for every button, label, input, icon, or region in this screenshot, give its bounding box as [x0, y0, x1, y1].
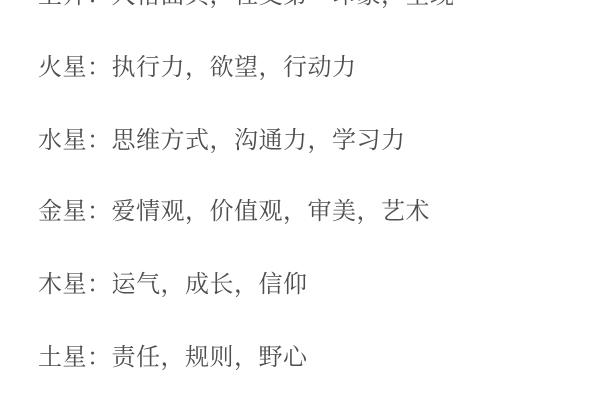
line-jupiter: 木星：运气，成长，信仰	[38, 271, 590, 299]
planet-meanings-page: 上升：人格面具，社交第一印象，呈现 火星：执行力，欲望，行动力 水星：思维方式，…	[0, 0, 600, 400]
line-mars: 火星：执行力，欲望，行动力	[38, 54, 590, 82]
line-mercury: 水星：思维方式，沟通力，学习力	[38, 127, 590, 155]
line-venus: 金星：爱情观，价值观，审美，艺术	[38, 198, 590, 226]
line-ascendant-clipped: 上升：人格面具，社交第一印象，呈现	[38, 0, 590, 10]
line-saturn: 土星：责任，规则，野心	[38, 344, 590, 372]
